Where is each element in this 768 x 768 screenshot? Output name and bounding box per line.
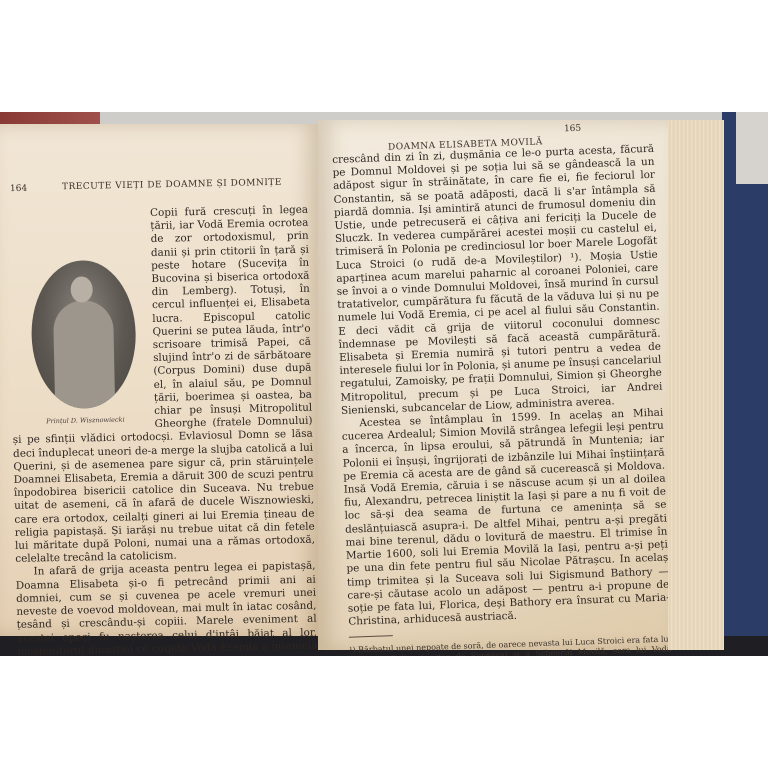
page-edges [668, 120, 724, 650]
paragraph: crescând din zi în zi, dușmănia ce le-o … [332, 143, 663, 418]
portrait-image [30, 259, 137, 409]
footnote-divider [349, 635, 393, 638]
left-running-head: TRECUTE VIEȚI DE DOAMNE ȘI DOMNIȚE [62, 178, 282, 193]
right-page-body: crescând din zi în zi, dușmănia ce le-o … [332, 143, 672, 656]
portrait-figure-head [70, 276, 93, 302]
right-page-number: 165 [564, 124, 582, 135]
portrait-caption: Prințul D. Wisznowiecki [26, 413, 144, 429]
left-page-number: 164 [10, 184, 27, 194]
paragraph: In afară de grija aceasta pentru legea e… [15, 560, 317, 656]
right-page: 165 DOAMNA ELISABETA MOVILĂ crescând din… [318, 120, 668, 650]
carpet-corner [736, 112, 768, 184]
left-page-body: Prințul D. Wisznowiecki Copii fură cresc… [8, 204, 319, 656]
paragraph: Acestea se întâmplau în 1599. In acelaș … [341, 407, 670, 629]
left-page: 164 TRECUTE VIEȚI DE DOAMNE ȘI DOMNIȚE P… [0, 124, 318, 636]
portrait-figure-body [53, 300, 115, 410]
book-photo: 164 TRECUTE VIEȚI DE DOAMNE ȘI DOMNIȚE P… [0, 112, 768, 656]
book-cover-blue [722, 112, 768, 656]
portrait-figure: Prințul D. Wisznowiecki [23, 259, 144, 429]
footnote: ¹) Bărbatul unei nepoate de soră, de oar… [349, 635, 672, 656]
